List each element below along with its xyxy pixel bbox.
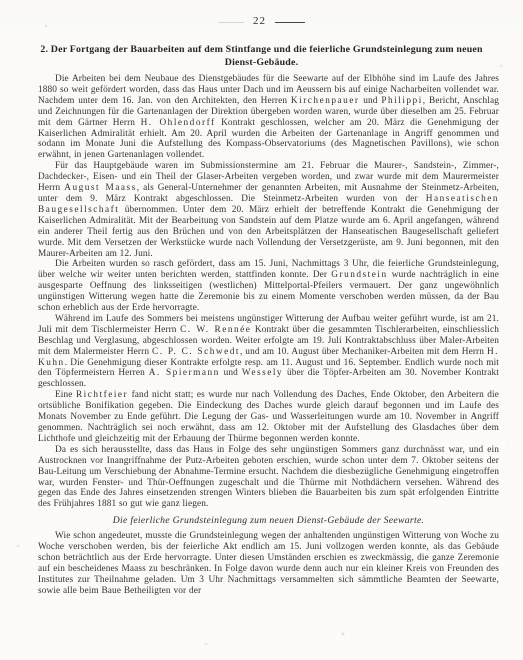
paragraph-ceremony: Wie schon angedeutet, musste die Grundst… (38, 531, 499, 596)
subsection-heading: Die feierliche Grundsteinlegung zum neue… (38, 515, 499, 527)
section-heading: 2. Der Fortgang der Bauarbeiten auf dem … (26, 44, 497, 69)
page-header: 22 (0, 13, 523, 29)
paragraph-winter-delay: Da es sich herausstellte, dass das Haus … (38, 445, 499, 510)
header-rule-right (275, 22, 305, 23)
text-column: Die Arbeiten bei dem Neubaue des Dienstg… (38, 74, 499, 597)
section-heading-wrap: 2. Der Fortgang der Bauarbeiten auf dem … (0, 44, 523, 69)
paragraph-main-building-contracts: Für das Hauptgebäude waren im Submission… (38, 161, 499, 259)
page-number: 22 (253, 15, 266, 27)
header-rule-left (218, 22, 244, 23)
document-page: 22 2. Der Fortgang der Bauarbeiten auf d… (0, 0, 523, 660)
paragraph-roofing: Eine Richtfeier fand nicht statt; es wur… (38, 390, 499, 445)
scan-speck (45, 25, 47, 27)
paragraph-summer-contracts: Während im Laufe des Sommers bei meisten… (38, 314, 499, 390)
paragraph-foundation-stone: Die Arbeiten wurden so rasch gefördert, … (38, 259, 499, 314)
paragraph-building-progress: Die Arbeiten bei dem Neubaue des Dienstg… (38, 74, 499, 161)
